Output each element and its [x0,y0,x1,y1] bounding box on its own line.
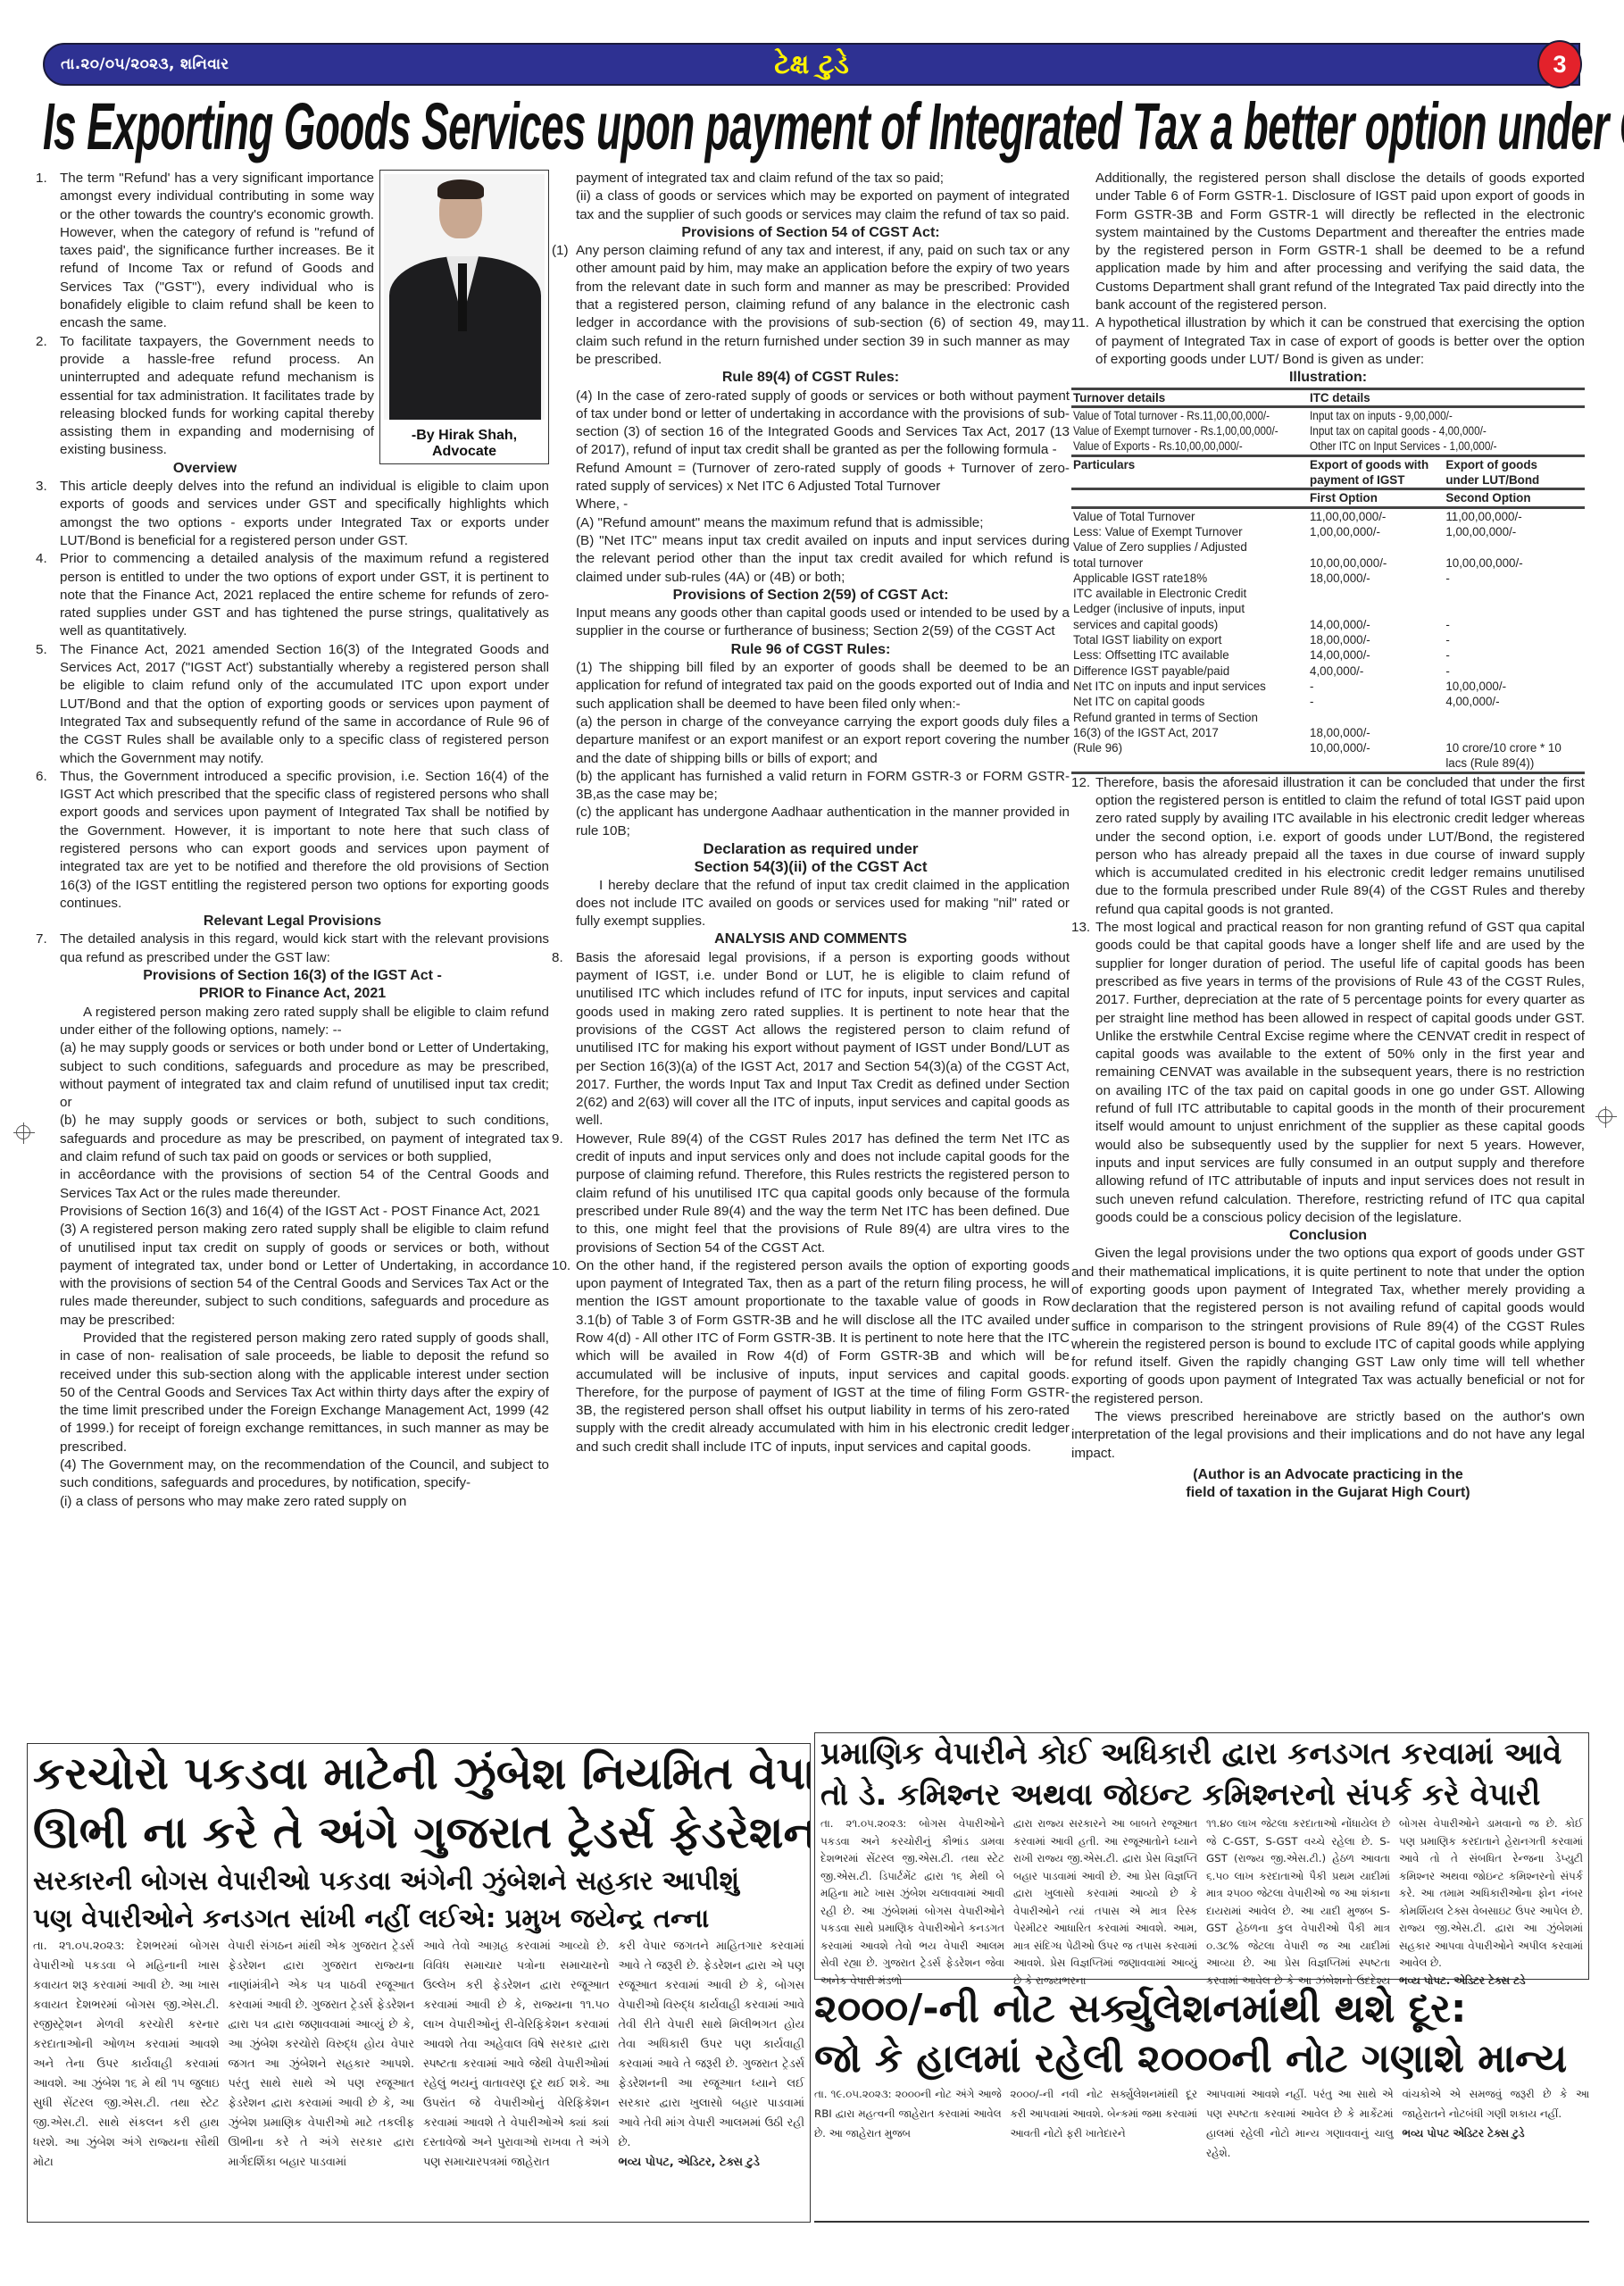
paragraph-4: 4.Prior to commencing a detailed analysi… [36,550,549,640]
page-number-badge: 3 [1537,40,1582,88]
publication-name: ટેક્ષ ટુડે [774,49,849,80]
sec163-intro: A registered person making zero rated su… [36,1004,549,1040]
paragraph-8: 8.Basis the aforesaid legal provisions, … [552,949,1070,1130]
paragraph-3: 3.This article deeply delves into the re… [36,478,549,550]
paragraph-6: 6.Thus, the Government introduced a spec… [36,768,549,913]
news1-headline-line1: કરચોરો પકડવા માટેની ઝુંબેશ નિયમિત વેપારી… [28,1744,810,1803]
details-row: Value of Exports - Rs.10,00,00,000/- Oth… [1071,438,1585,455]
paragraph-5: 5.The Finance Act, 2021 amended Section … [36,641,549,768]
news1-subhead-line1: સરકારની બોગસ વેપારીઓ પકડવા અંગેની ઝુંબેશ… [28,1862,810,1899]
conclusion-text: Given the legal provisions under the two… [1071,1245,1585,1408]
news3-signature: ભવ્ય પોપટ એડિટર ટેક્સ ટુડે [1403,2127,1525,2140]
table-row: Applicable IGST rate18%18,00,000/-- [1071,571,1585,586]
paragraph-13: 13.The most logical and practical reason… [1071,919,1585,1227]
paragraph-10: 10.On the other hand, if the registered … [552,1257,1070,1456]
news-box-traders-federation: કરચોરો પકડવા માટેની ઝુંબેશ નિયમિત વેપારી… [27,1743,811,2223]
issue-date: તા.૨૦/૦૫/૨૦૨૩, શનિવાર [61,55,229,73]
continued-text: Additionally, the registered person shal… [1071,170,1585,314]
paragraph-12: 12.Therefore, basis the aforesaid illust… [1071,774,1585,919]
table-row: 16(3) of the IGST Act, 201718,00,000/- [1071,725,1585,740]
table-row: lacs (Rule 89(4)) [1071,755,1585,772]
news3-headline-line1: ૨૦૦૦/-ની નોટ સર્ક્યુલેશનમાંથી થશે દૂર: [814,1984,1589,2034]
rule96-clause-b: (b) the applicant has furnished a valid … [552,768,1070,805]
post-clause-3: (3) A registered person making zero rate… [36,1221,549,1330]
news2-headline-line1: પ્રમાણિક વેપારીને કોઈ અધિકારી દ્વારા કનડ… [815,1733,1588,1774]
author-photo-box: -By Hirak Shah, Advocate [379,170,549,464]
author-byline: -By Hirak Shah, Advocate [380,428,548,460]
definition-a: (A) "Refund amount" means the maximum re… [552,514,1070,532]
table-row: Less: Offsetting ITC available14,00,000/… [1071,647,1585,663]
masthead-bar: તા.૨૦/૦૫/૨૦૨૩, શનિવાર ટેક્ષ ટુડે 3 [43,43,1580,86]
sec163-clause-b: (b) he may supply goods or services or b… [36,1112,549,1166]
news1-body: તા. ૨૧.૦૫.૨૦૨૩: દેશભરમાં બોગસ વેપારીઓ પક… [28,1937,810,2173]
news1-subhead-line2: પણ વેપારીઓને કનડગત સાંખી નહીં લઈએ: પ્રમુ… [28,1899,810,1937]
rule96-clause-c: (c) the applicant has undergone Aadhaar … [552,804,1070,840]
table-row: ITC available in Electronic Credit [1071,586,1585,601]
continued-text: payment of integrated tax and claim refu… [552,170,1070,188]
registration-mark-icon [16,1125,30,1139]
clause-ii: (ii) a class of goods or services which … [552,188,1070,224]
news3-body: તા. ૧૯.૦૫.૨૦૨૩: ૨૦૦૦ની નોટ અંગે આજે RBI … [814,2084,1589,2163]
sec163-closing: in accêordance with the provisions of se… [36,1166,549,1203]
details-row: Value of Total turnover - Rs.11,00,00,00… [1071,406,1585,423]
illustration-title: Illustration: [1071,369,1585,387]
sec259-text: Input means any goods other than capital… [552,605,1070,641]
section-heading-rule96: Rule 96 of CGST Rules: [552,641,1070,659]
option-labels-row: First Option Second Option [1071,489,1585,507]
turnover-details-header: Turnover details [1071,388,1308,406]
illustration-table: Turnover details ITC details Value of To… [1071,388,1585,774]
refund-formula: Refund Amount = (Turnover of zero-rated … [552,460,1070,496]
declaration-text: I hereby declare that the refund of inpu… [552,877,1070,931]
registration-mark-icon [1598,1109,1612,1123]
author-note: (Author is an Advocate practicing in the… [1071,1466,1585,1503]
post-clause-4i: (i) a class of persons who may make zero… [36,1493,549,1511]
table-row: Ledger (inclusive of inputs, input [1071,601,1585,616]
where-label: Where, - [552,496,1070,513]
itc-details-header: ITC details [1308,388,1585,406]
rule96-clause-1: (1) The shipping bill filed by an export… [552,659,1070,713]
news2-body: તા. ૨૧.૦૫.૨૦૨૩: બોગસ વેપારીઓને પકડવા અને… [815,1815,1588,2007]
section-heading-sec54: Provisions of Section 54 of CGST Act: [552,224,1070,242]
post-finance-heading: Provisions of Section 16(3) and 16(4) of… [36,1203,549,1221]
post-clause-4: (4) The Government may, on the recommend… [36,1456,549,1493]
section-heading-relevant: Relevant Legal Provisions [36,913,549,930]
table-row: total turnover10,00,00,000/-10,00,00,000… [1071,555,1585,571]
section-heading-declaration: Declaration as required under Section 54… [552,840,1070,877]
table-row: Total IGST liability on export18,00,000/… [1071,632,1585,647]
table-row: Less: Value of Exempt Turnover1,00,00,00… [1071,524,1585,539]
sec163-clause-a: (a) he may supply goods or services or b… [36,1039,549,1112]
news1-headline-line2: ઊભી ના કરે તે અંગે ગુજરાત ટ્રેડર્સ ફેડરે… [28,1803,810,1862]
table-row: (Rule 96)10,00,000/-10 crore/10 crore * … [1071,740,1585,755]
table-row: Refund granted in terms of Section [1071,710,1585,725]
table-row: Net ITC on inputs and input services-10,… [1071,679,1585,694]
disclaimer-text: The views prescribed hereinabove are str… [1071,1408,1585,1463]
paragraph-7: 7.The detailed analysis in this regard, … [36,930,549,967]
news3-headline-line2: જો કે હાલમાં રહેલી ૨૦૦૦ની નોટ ગણાશે માન્… [814,2034,1589,2084]
news-box-2000-note: ૨૦૦૦/-ની નોટ સર્ક્યુલેશનમાંથી થશે દૂર: જ… [814,1984,1589,2223]
article-column-1: -By Hirak Shah, Advocate 1.The term "Ref… [36,170,549,1511]
table-row: Value of Zero supplies / Adjusted [1071,539,1585,555]
table-row: Value of Total Turnover11,00,00,000/-11,… [1071,507,1585,524]
post-proviso: Provided that the registered person maki… [36,1330,549,1456]
author-photo [384,174,545,420]
details-row: Value of Exempt turnover - Rs.1,00,00,00… [1071,423,1585,438]
news2-headline-line2: તો ડે. કમિશ્નર અથવા જોઇન્ટ કમિશ્નરનો સંપ… [815,1774,1588,1815]
section-heading-163-prior: Provisions of Section 16(3) of the IGST … [36,967,549,1004]
options-header-row: Particulars Export of goods withpayment … [1071,455,1585,489]
paragraph-2: 2.To facilitate taxpayers, the Governmen… [36,333,374,460]
section-heading-rule894: Rule 89(4) of CGST Rules: [552,369,1070,387]
paragraph-11: 11.A hypothetical illustration by which … [1071,314,1585,369]
news1-signature: ભવ્ય પોપટ, એડિટર, ટેક્સ ટુડે [619,2156,760,2169]
table-row: Net ITC on capital goods-4,00,000/- [1071,694,1585,709]
definition-b: (B) "Net ITC" means input tax credit ava… [552,532,1070,587]
article-column-3: Additionally, the registered person shal… [1071,170,1585,1503]
section-heading-conclusion: Conclusion [1071,1227,1585,1245]
rule894-text: (4) In the case of zero-rated supply of … [552,388,1070,460]
article-column-2: payment of integrated tax and claim refu… [552,170,1070,1456]
news-box-commissioner-contact: પ્રમાણિક વેપારીને કોઈ અધિકારી દ્વારા કનડ… [814,1732,1589,1980]
paragraph-9: 9.However, Rule 89(4) of the CGST Rules … [552,1130,1070,1257]
section-heading-sec259: Provisions of Section 2(59) of CGST Act: [552,587,1070,605]
table-row: services and capital goods)14,00,000/-- [1071,617,1585,632]
paragraph-1: 1.The term "Refund' has a very significa… [36,170,374,333]
section-heading-analysis: ANALYSIS AND COMMENTS [552,930,1070,948]
table-row: Difference IGST payable/paid4,00,000/-- [1071,663,1585,679]
sec54-clause-1: (1)Any person claiming refund of any tax… [552,242,1070,369]
rule96-clause-a: (a) the person in charge of the conveyan… [552,713,1070,768]
article-headline: Is Exporting Goods Services upon payment… [43,89,1001,164]
